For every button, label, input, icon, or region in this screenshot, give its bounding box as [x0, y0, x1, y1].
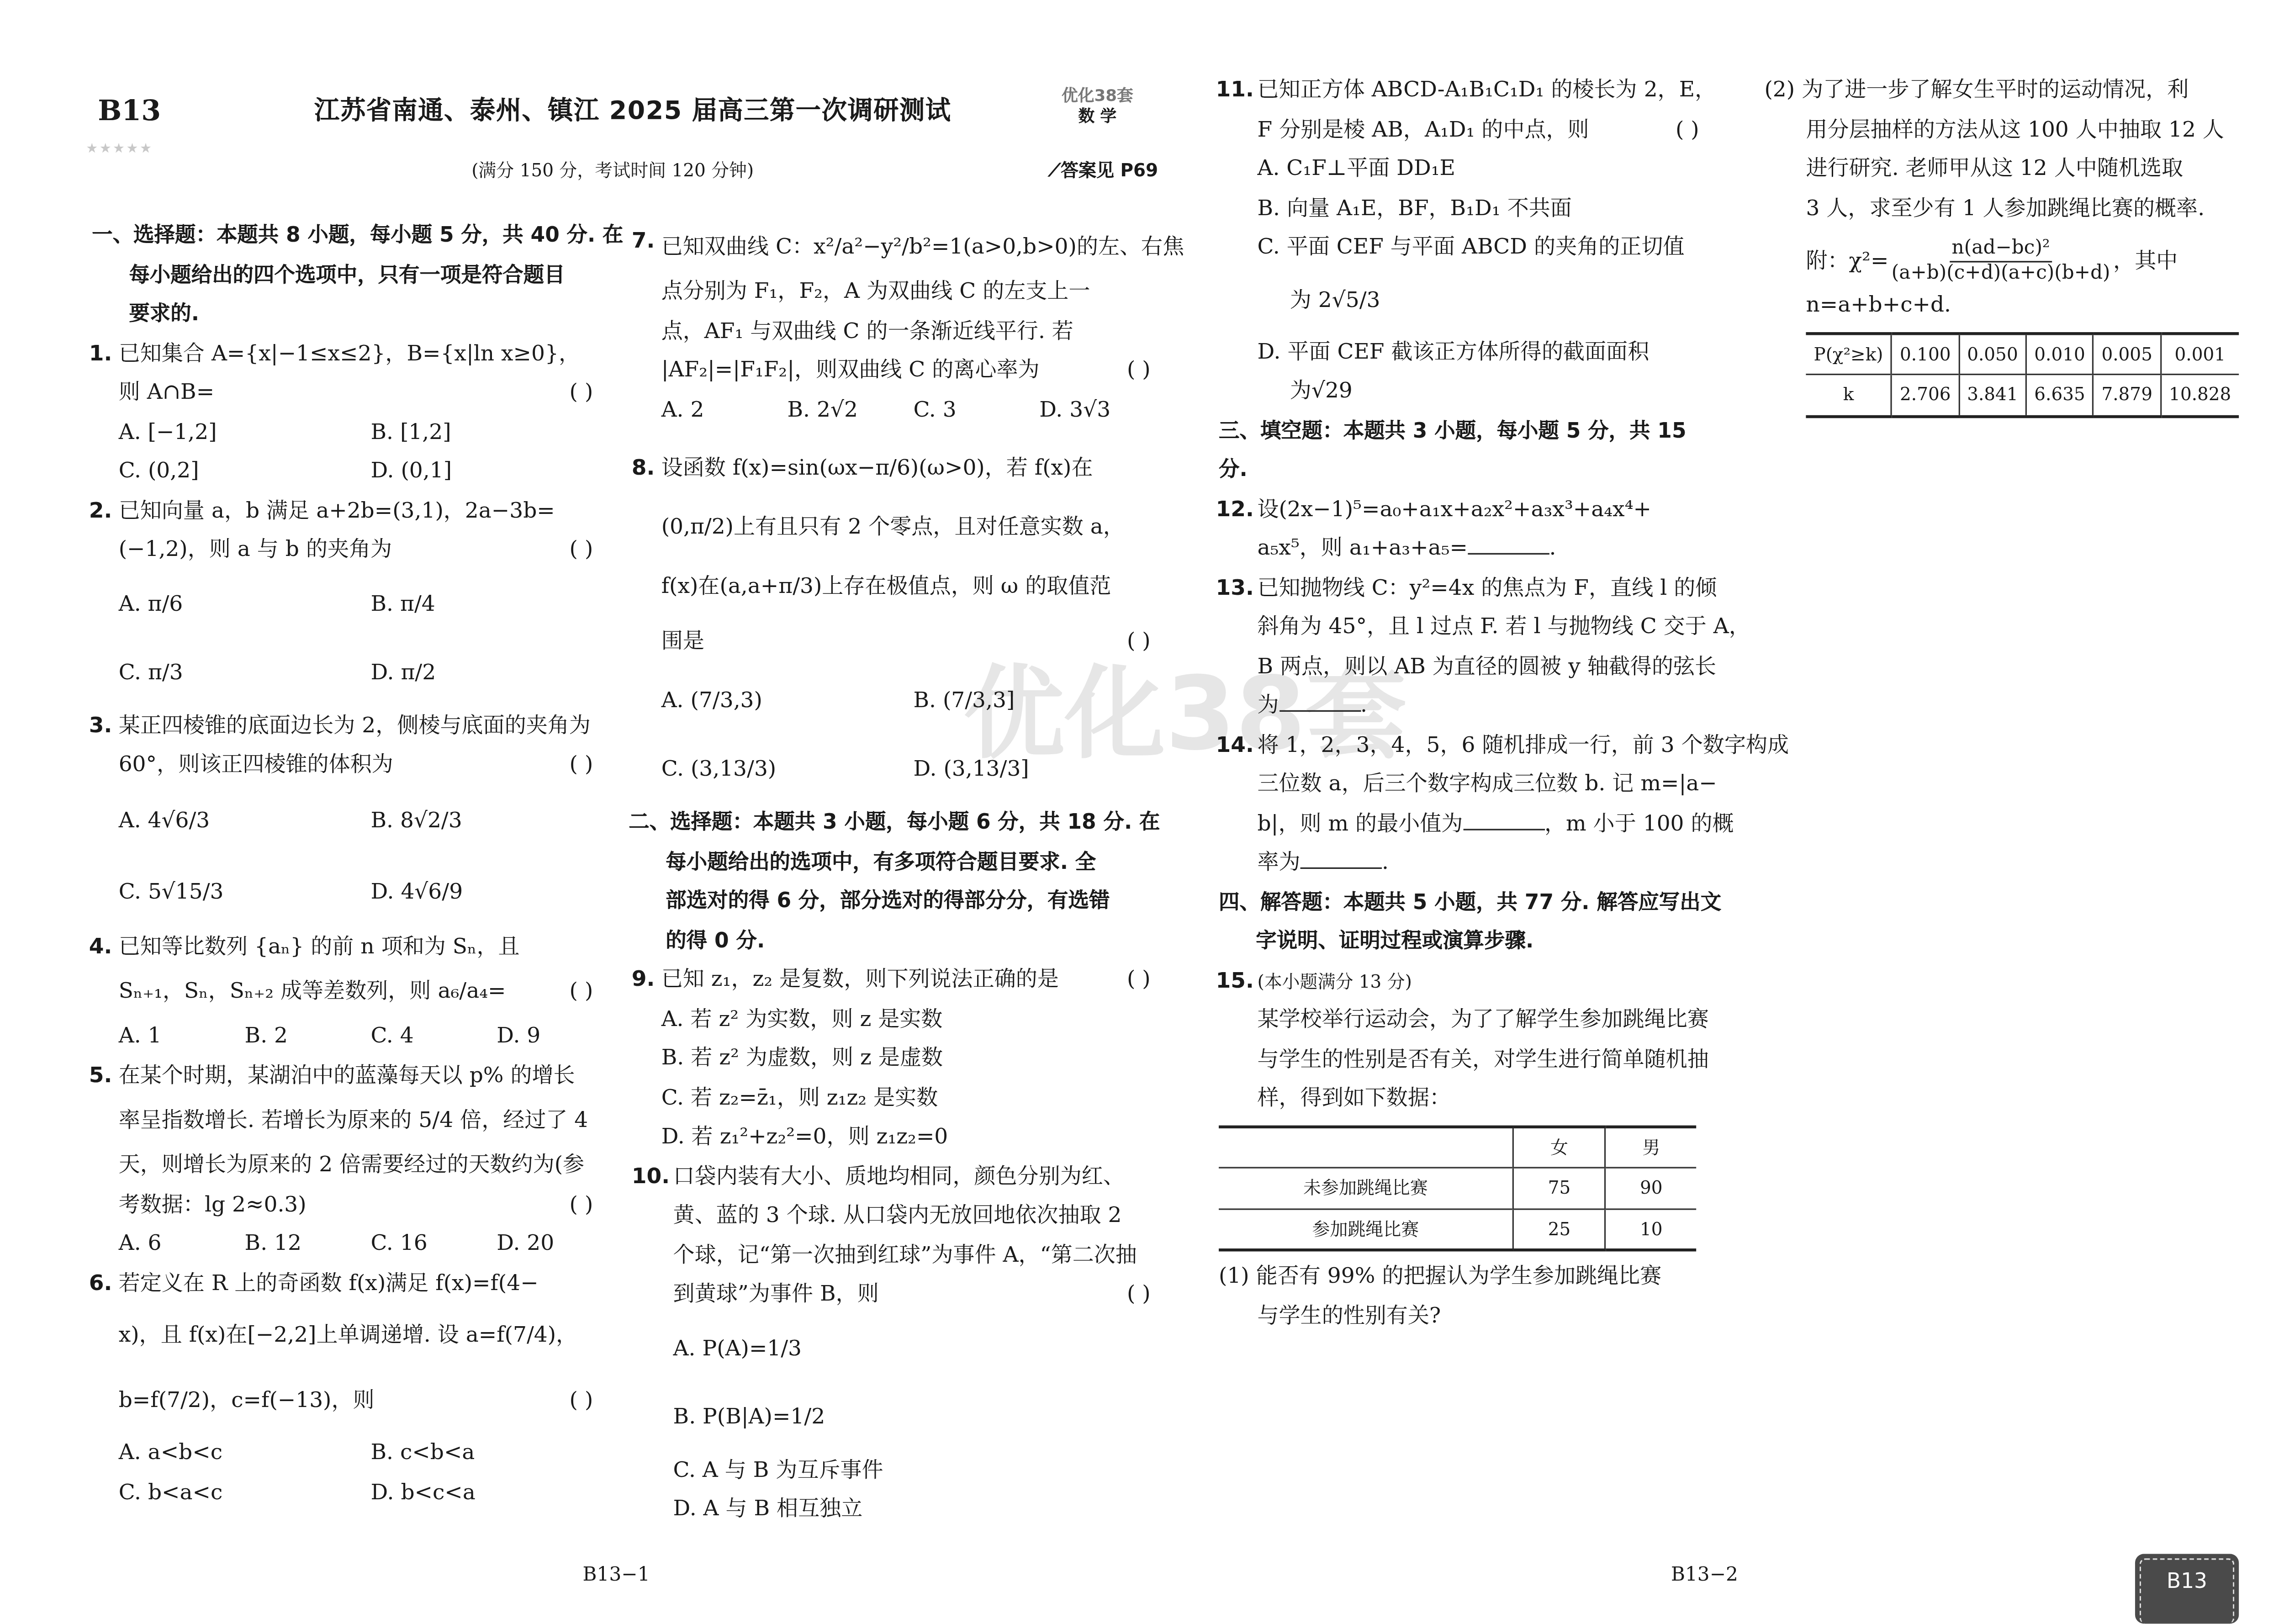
- answer-reference-text: 答案见 P69: [1061, 160, 1158, 181]
- question-text: 则 A∩B=: [119, 381, 215, 405]
- section-4-heading: 四、解答题：本题共 5 小题，共 77 分. 解答应写出文 字说明、证明过程或演…: [1219, 883, 1699, 962]
- table-header-male: 男: [1606, 1126, 1696, 1168]
- question-text: 样，得到如下数据：: [1257, 1079, 1699, 1119]
- section-2-heading-line: 每小题给出的选项中，有多项符合题目要求. 全: [629, 843, 1151, 882]
- column-2: 7. 已知双曲线 C：x²/a²−y²/b²=1(a>0,b>0)的左、右焦 点…: [634, 222, 1151, 1529]
- question-number: 3.: [89, 707, 112, 746]
- fill-in-blank-probability[interactable]: [1301, 846, 1382, 869]
- question-5: 5. 在某个时期，某湖泊中的蓝藻每天以 p% 的增长 率呈指数增长. 若增长为原…: [92, 1057, 593, 1264]
- option-b: B. [1,2]: [370, 413, 623, 452]
- option-a: A. 2: [661, 391, 788, 430]
- option-c: C. A 与 B 为互斥事件: [673, 1451, 1151, 1490]
- question-9: 9. 已知 z₁，z₂ 是复数，则下列说法正确的是( ) A. 若 z² 为实数…: [634, 961, 1151, 1157]
- question-text: 某正四棱锥的底面边长为 2，侧棱与底面的夹角为: [119, 707, 593, 746]
- survey-table: 女 男 未参加跳绳比赛 75 90 参加跳绳比赛 25 10: [1219, 1125, 1696, 1252]
- question-text: 3 人，求至少有 1 人参加跳绳比赛的概率.: [1765, 189, 2242, 228]
- option-c: C. (3,13/3): [661, 735, 914, 804]
- section-1-heading: 一、选择题：本题共 8 小题，每小题 5 分，共 40 分. 在 每小题给出的四…: [92, 217, 593, 334]
- section-tab-label: B13: [2135, 1563, 2239, 1602]
- question-text: 某学校举行运动会，为了了解学生参加跳绳比赛: [1257, 1001, 1699, 1040]
- question-text: 黄、蓝的 3 个球. 从口袋内无放回地依次抽取 2: [673, 1196, 1151, 1236]
- table-row-label: P(χ²≥k): [1806, 333, 1892, 375]
- exam-title: 江苏省南通、泰州、镇江 2025 届高三第一次调研测试: [314, 92, 952, 131]
- table-cell: 10.828: [2161, 375, 2239, 416]
- punctuation: .: [1382, 851, 1389, 875]
- question-text: 点，AF₁ 与双曲线 C 的一条渐近线平行. 若: [661, 312, 1151, 351]
- section-2-heading: 二、选择题：本题共 3 小题，每小题 6 分，共 18 分. 在 每小题给出的选…: [629, 804, 1151, 961]
- table-cell: 6.635: [2026, 375, 2093, 416]
- question-text: 将 1，2，3，4，5，6 随机排成一行，前 3 个数字构成: [1257, 726, 1699, 765]
- question-12: 12. 设(2x−1)⁵=a₀+a₁x+a₂x²+a₃x³+a₄x⁴+ a₅x⁵…: [1219, 490, 1699, 569]
- answer-blank: ( ): [570, 746, 593, 785]
- punctuation: .: [1549, 537, 1556, 561]
- question-text: (2) 为了进一步了解女生平时的运动情况，利: [1765, 71, 2242, 111]
- option-d: D. 平面 CEF 截该正方体所得的截面面积: [1257, 333, 1699, 372]
- answer-blank: ( ): [1127, 617, 1151, 667]
- question-number: 12.: [1216, 490, 1254, 529]
- question-2: 2. 已知向量 a，b 满足 a+2b=(3,1)，2a−3b= (−1,2)，…: [92, 492, 593, 707]
- exam-subtitle: (满分 150 分，考试时间 120 分钟): [471, 151, 754, 190]
- question-text: 已知双曲线 C：x²/a²−y²/b²=1(a>0,b>0)的左、右焦: [661, 222, 1151, 273]
- option-c: C. (0,2]: [119, 452, 371, 492]
- table-cell: 0.100: [1892, 333, 1959, 375]
- question-text: (1) 能否有 99% 的把握认为学生参加跳绳比赛: [1219, 1257, 1699, 1296]
- answer-blank: ( ): [570, 967, 593, 1017]
- option-d-continued: 为√29: [1257, 372, 1699, 412]
- question-number: 1.: [89, 334, 112, 374]
- question-text: 与学生的性别有关?: [1219, 1296, 1699, 1336]
- section-3-heading: 三、填空题：本题共 3 小题，每小题 5 分，共 15 分.: [1219, 412, 1699, 490]
- question-text: B 两点，则以 AB 为直径的圆被 y 轴截得的弦长: [1257, 647, 1699, 687]
- option-d: D. 9: [497, 1017, 623, 1057]
- option-b: B. 2: [245, 1017, 371, 1057]
- question-number: 4.: [89, 927, 112, 967]
- section-2-heading-line: 的得 0 分.: [629, 921, 1151, 961]
- table-header: [1219, 1126, 1513, 1168]
- question-text: 为: [1257, 694, 1279, 718]
- option-b: B. (7/3,3]: [913, 667, 1165, 735]
- answer-blank: ( ): [570, 374, 593, 413]
- option-c: C. 平面 CEF 与平面 ABCD 的夹角的正切值: [1257, 228, 1699, 268]
- question-text: Sₙ₊₁，Sₙ，Sₙ₊₂ 成等差数列，则 a₆/a₄=: [119, 980, 506, 1004]
- question-4: 4. 已知等比数列 {aₙ} 的前 n 项和为 Sₙ，且 Sₙ₊₁，Sₙ，Sₙ₊…: [92, 927, 593, 1056]
- question-3: 3. 某正四棱锥的底面边长为 2，侧棱与底面的夹角为 60°，则该正四棱锥的体积…: [92, 707, 593, 928]
- question-text: 已知等比数列 {aₙ} 的前 n 项和为 Sₙ，且: [119, 927, 593, 967]
- formula-n-definition: n=a+b+c+d.: [1765, 286, 2242, 325]
- section-2-heading-line: 部选对的得 6 分，部分选对的得部分分，有选错: [629, 882, 1151, 921]
- option-c: C. 4: [370, 1017, 497, 1057]
- option-a: A. P(A)=1/3: [673, 1314, 1151, 1382]
- question-15-part-2: (2) 为了进一步了解女生平时的运动情况，利 用分层抽样的方法从这 100 人中…: [1765, 71, 2242, 228]
- answer-reference: ⟋答案见 P69: [1048, 151, 1158, 190]
- table-cell: 0.001: [2161, 333, 2239, 375]
- answer-blank: ( ): [570, 531, 593, 570]
- option-a: A. C₁F⊥平面 DD₁E: [1257, 150, 1699, 189]
- question-text: f(x)在(a,a+π/3)上存在极值点，则 ω 的取值范: [661, 557, 1151, 617]
- question-text: 已知正方体 ABCD-A₁B₁C₁D₁ 的棱长为 2，E，: [1257, 71, 1699, 111]
- question-text: x)，且 f(x)在[−2,2]上单调递增. 设 a=f(7/4)，: [119, 1303, 593, 1369]
- question-text: 60°，则该正四棱锥的体积为: [119, 753, 393, 777]
- question-8: 8. 设函数 f(x)=sin(ωx−π/6)(ω>0)，若 f(x)在 (0,…: [634, 439, 1151, 804]
- option-d: D. (0,1]: [370, 452, 623, 492]
- table-cell: 25: [1513, 1208, 1606, 1250]
- section-tab: B13: [2135, 1554, 2239, 1624]
- question-number: 6.: [89, 1264, 112, 1303]
- table-row-label: 参加跳绳比赛: [1219, 1208, 1513, 1250]
- answer-blank: ( ): [570, 1185, 593, 1225]
- option-c: C. 16: [370, 1225, 497, 1264]
- question-10: 10. 口袋内装有大小、质地均相同，颜色分别为红、 黄、蓝的 3 个球. 从口袋…: [634, 1157, 1151, 1529]
- question-text: F 分别是棱 AB，A₁D₁ 的中点，则: [1257, 118, 1589, 142]
- question-text: 用分层抽样的方法从这 100 人中抽取 12 人: [1765, 111, 2242, 150]
- option-c: C. 3: [913, 391, 1039, 430]
- option-d: D. π/2: [370, 638, 623, 706]
- answer-blank: ( ): [1127, 1275, 1151, 1314]
- option-c: C. b<a<c: [119, 1473, 371, 1513]
- answer-blank: ( ): [1127, 961, 1151, 1000]
- option-a: A. 1: [119, 1017, 245, 1057]
- question-text: |AF₂|=|F₁F₂|，则双曲线 C 的离心率为: [661, 359, 1040, 382]
- question-15-part-1: (1) 能否有 99% 的把握认为学生参加跳绳比赛 与学生的性别有关?: [1219, 1257, 1699, 1336]
- option-d: D. 若 z₁²+z₂²=0，则 z₁z₂=0: [661, 1118, 1151, 1157]
- question-text: 三位数 a，后三个数字构成三位数 b. 记 m=|a−: [1257, 765, 1699, 804]
- question-7: 7. 已知双曲线 C：x²/a²−y²/b²=1(a>0,b>0)的左、右焦 点…: [634, 222, 1151, 430]
- question-number: 2.: [89, 492, 112, 531]
- table-cell: 2.706: [1892, 375, 1959, 416]
- chi-square-critical-table: P(χ²≥k) 0.100 0.050 0.010 0.005 0.001 k …: [1806, 331, 2239, 417]
- fill-in-blank-min[interactable]: [1463, 807, 1544, 830]
- question-text: 天，则增长为原来的 2 倍需要经过的天数约为(参: [119, 1146, 593, 1185]
- option-b: B. 向量 A₁E，BF，B₁D₁ 不共面: [1257, 189, 1699, 228]
- question-text: 在某个时期，某湖泊中的蓝藻每天以 p% 的增长: [119, 1057, 593, 1096]
- section-1-heading-line: 一、选择题：本题共 8 小题，每小题 5 分，共 40 分. 在: [92, 217, 593, 256]
- column-3: 11. 已知正方体 ABCD-A₁B₁C₁D₁ 的棱长为 2，E， F 分别是棱…: [1219, 71, 1699, 1336]
- formula-suffix: ，其中: [2113, 250, 2178, 274]
- question-15: 15. (本小题满分 13 分) 某学校举行运动会，为了了解学生参加跳绳比赛 与…: [1219, 962, 1699, 1119]
- punctuation: .: [1360, 694, 1367, 718]
- question-text: 点分别为 F₁，F₂，A 为双曲线 C 的左支上一: [661, 273, 1151, 312]
- option-b: B. 若 z² 为虚数，则 z 是虚数: [661, 1039, 1151, 1079]
- question-text: 考数据：lg 2≈0.3): [119, 1193, 307, 1217]
- answer-blank: ( ): [1127, 351, 1151, 391]
- question-text: b=f(7/2)，c=f(−13)，则: [119, 1389, 375, 1413]
- page-number-left: B13−1: [583, 1557, 650, 1596]
- option-a: A. (7/3,3): [661, 667, 914, 735]
- question-number: 9.: [632, 961, 655, 1000]
- star-decoration-icon: ★★★★★: [86, 131, 153, 170]
- formula-prefix: 附：χ²=: [1806, 250, 1888, 274]
- question-text: (−1,2)，则 a 与 b 的夹角为: [119, 538, 392, 562]
- option-c: C. 5√15/3: [119, 856, 371, 927]
- option-d: D. 3√3: [1039, 391, 1165, 430]
- option-c-continued: 为 2√5/3: [1257, 268, 1699, 333]
- option-b: B. 8√2/3: [370, 785, 623, 857]
- question-text: 设函数 f(x)=sin(ωx−π/6)(ω>0)，若 f(x)在: [661, 439, 1151, 498]
- option-b: B. c<b<a: [370, 1434, 623, 1473]
- option-d: D. A 与 B 相互独立: [673, 1490, 1151, 1529]
- question-text: 已知 z₁，z₂ 是复数，则下列说法正确的是: [661, 968, 1059, 992]
- option-a: A. 若 z² 为实数，则 z 是实数: [661, 1000, 1151, 1039]
- brand-logo: 优化38套 数 学: [1062, 86, 1133, 127]
- option-a: A. 6: [119, 1225, 245, 1264]
- question-text: a₅x⁵，则 a₁+a₃+a₅=: [1257, 537, 1468, 561]
- question-number: 13.: [1216, 569, 1254, 608]
- question-14: 14. 将 1，2，3，4，5，6 随机排成一行，前 3 个数字构成 三位数 a…: [1219, 726, 1699, 883]
- question-text: 率为: [1257, 851, 1300, 875]
- question-text: b|，则 m 的最小值为: [1257, 812, 1463, 836]
- option-d: D. 4√6/9: [370, 856, 623, 927]
- option-b: B. 12: [245, 1225, 371, 1264]
- table-row-label: 未参加跳绳比赛: [1219, 1168, 1513, 1208]
- option-d: D. (3,13/3]: [913, 735, 1165, 804]
- section-4-heading-line: 字说明、证明过程或演算步骤.: [1219, 922, 1699, 962]
- question-number: 10.: [632, 1157, 670, 1196]
- question-text: 到黄球”为事件 B，则: [673, 1283, 879, 1307]
- question-text: 已知集合 A={x|−1≤x≤2}，B={x|ln x≥0}，: [119, 334, 593, 374]
- table-cell: 75: [1513, 1168, 1606, 1208]
- table-cell: 0.005: [2094, 333, 2161, 375]
- option-a: A. a<b<c: [119, 1434, 371, 1473]
- question-number: 7.: [632, 222, 655, 262]
- section-1-heading-line: 要求的.: [92, 295, 593, 334]
- question-text: 进行研究. 老师甲从这 12 人中随机选取: [1765, 150, 2242, 189]
- question-13: 13. 已知抛物线 C：y²=4x 的焦点为 F，直线 l 的倾 斜角为 45°…: [1219, 569, 1699, 726]
- option-b: B. 2√2: [788, 391, 914, 430]
- option-b: B. π/4: [370, 570, 623, 638]
- question-number: 5.: [89, 1057, 112, 1096]
- table-row-label: k: [1806, 375, 1892, 416]
- question-text: 围是: [661, 630, 704, 654]
- section-1-heading-line: 每小题给出的四个选项中，只有一项是符合题目: [92, 256, 593, 295]
- table-cell: 0.010: [2026, 333, 2093, 375]
- option-b: B. P(B|A)=1/2: [673, 1383, 1151, 1451]
- question-number: 11.: [1216, 71, 1254, 111]
- option-c: C. 若 z₂=z̄₁，则 z₁z₂ 是实数: [661, 1079, 1151, 1118]
- brand-name: 优化38套: [1062, 86, 1133, 106]
- question-text: 个球，记“第一次抽到红球”为事件 A，“第二次抽: [673, 1236, 1151, 1275]
- question-score: (本小题满分 13 分): [1257, 962, 1699, 1001]
- question-number: 14.: [1216, 726, 1254, 765]
- question-number: 8.: [632, 439, 655, 498]
- question-text: 已知向量 a，b 满足 a+2b=(3,1)，2a−3b=: [119, 492, 593, 531]
- table-cell: 90: [1606, 1168, 1696, 1208]
- question-text: (0,π/2)上有且只有 2 个零点，且对任意实数 a，: [661, 498, 1151, 558]
- section-4-heading-line: 四、解答题：本题共 5 小题，共 77 分. 解答应写出文: [1219, 883, 1699, 922]
- question-11: 11. 已知正方体 ABCD-A₁B₁C₁D₁ 的棱长为 2，E， F 分别是棱…: [1219, 71, 1699, 412]
- question-text: 已知抛物线 C：y²=4x 的焦点为 F，直线 l 的倾: [1257, 569, 1699, 608]
- question-text: ，m 小于 100 的概: [1544, 812, 1734, 836]
- table-cell: 10: [1606, 1208, 1696, 1250]
- column-1: 一、选择题：本题共 8 小题，每小题 5 分，共 40 分. 在 每小题给出的四…: [92, 217, 593, 1513]
- question-text: 设(2x−1)⁵=a₀+a₁x+a₂x²+a₃x³+a₄x⁴+: [1257, 490, 1699, 529]
- question-6: 6. 若定义在 R 上的奇函数 f(x)满足 f(x)=f(4− x)，且 f(…: [92, 1264, 593, 1513]
- table-cell: 3.841: [1959, 375, 2026, 416]
- fill-in-blank[interactable]: [1468, 532, 1549, 555]
- table-header-female: 女: [1513, 1126, 1606, 1168]
- column-4: (2) 为了进一步了解女生平时的运动情况，利 用分层抽样的方法从这 100 人中…: [1765, 71, 2242, 418]
- option-c: C. π/3: [119, 638, 371, 706]
- pencil-icon: ⟋: [1048, 160, 1061, 181]
- answer-blank: ( ): [1676, 111, 1699, 150]
- question-number: 15.: [1216, 962, 1254, 1001]
- option-d: D. 20: [497, 1225, 623, 1264]
- question-text: 若定义在 R 上的奇函数 f(x)满足 f(x)=f(4−: [119, 1264, 593, 1303]
- section-2-heading-line: 二、选择题：本题共 3 小题，每小题 6 分，共 18 分. 在: [629, 804, 1151, 843]
- exam-page: B13 ★★★★★ 江苏省南通、泰州、镇江 2025 届高三第一次调研测试 优化…: [0, 0, 2284, 1624]
- option-a: A. π/6: [119, 570, 371, 638]
- page-number-right: B13−2: [1671, 1557, 1738, 1596]
- table-cell: 7.879: [2094, 375, 2161, 416]
- brand-subject: 数 学: [1062, 107, 1133, 127]
- option-a: A. [−1,2]: [119, 413, 371, 452]
- option-d: D. b<c<a: [370, 1473, 623, 1513]
- question-text: 与学生的性别是否有关，对学生进行简单随机抽: [1257, 1040, 1699, 1079]
- formula-denominator: (a+b)(c+d)(a+c)(b+d): [1892, 263, 2110, 286]
- chi-square-formula: 附：χ²=n(ad−bc)²(a+b)(c+d)(a+c)(b+d)，其中: [1765, 237, 2242, 286]
- answer-blank: ( ): [570, 1369, 593, 1434]
- paper-badge: B13: [98, 92, 161, 131]
- option-a: A. 4√6/3: [119, 785, 371, 857]
- question-text: 斜角为 45°，且 l 过点 F. 若 l 与抛物线 C 交于 A，: [1257, 608, 1699, 647]
- formula-numerator: n(ad−bc)²: [1950, 237, 2051, 262]
- fill-in-blank[interactable]: [1279, 689, 1361, 712]
- question-text: 率呈指数增长. 若增长为原来的 5/4 倍，经过了 4: [119, 1096, 593, 1146]
- question-1: 1. 已知集合 A={x|−1≤x≤2}，B={x|ln x≥0}， 则 A∩B…: [92, 334, 593, 492]
- question-text: 口袋内装有大小、质地均相同，颜色分别为红、: [673, 1157, 1151, 1196]
- table-cell: 0.050: [1959, 333, 2026, 375]
